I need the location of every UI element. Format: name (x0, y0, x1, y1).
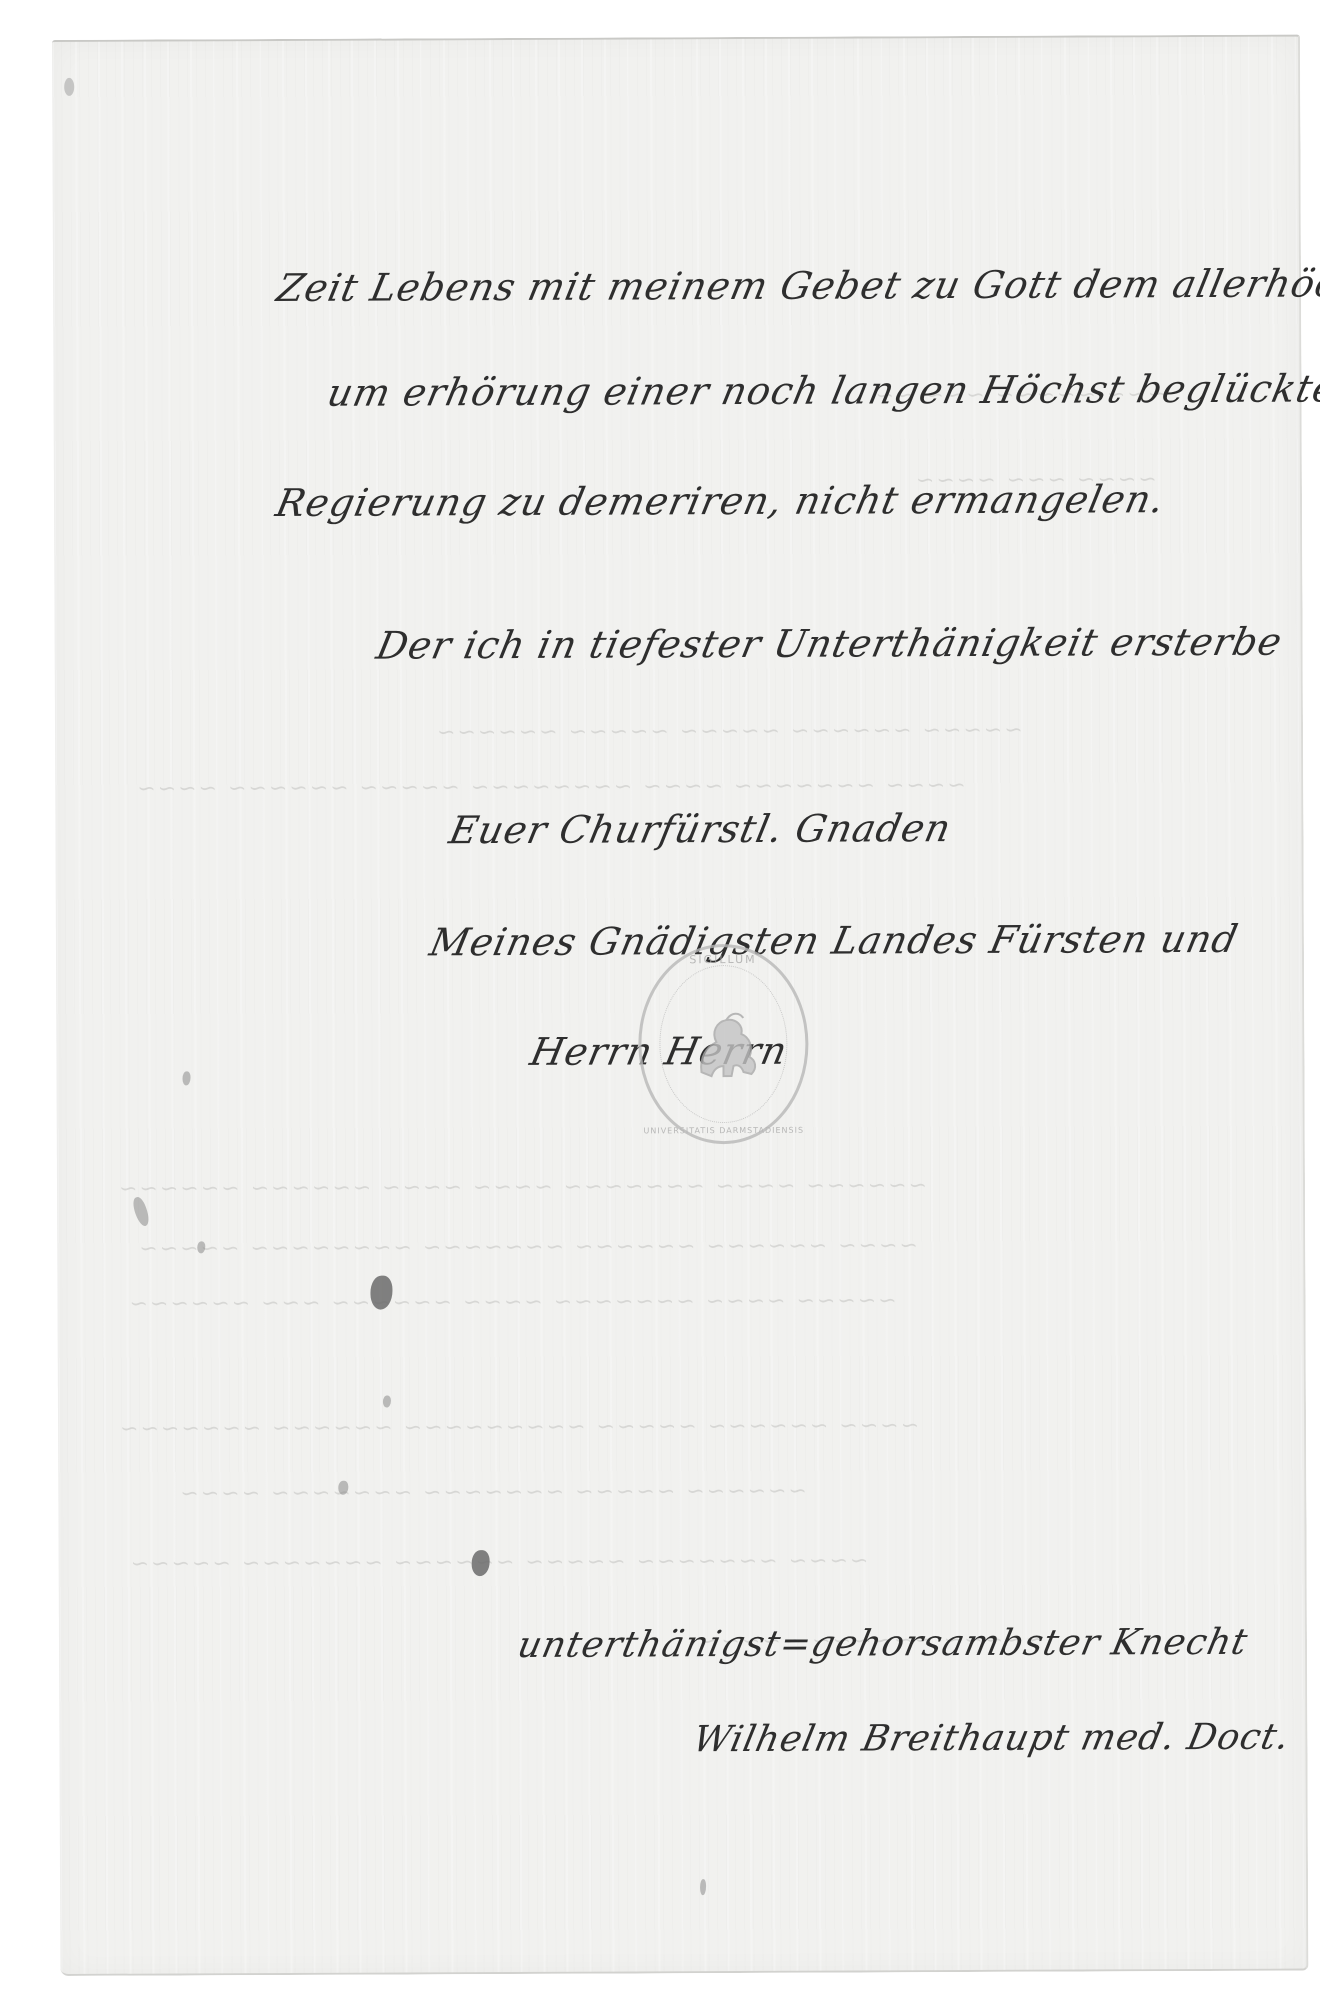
bleed-through-text: ~~~~ ~~~~~~~ ~~~~ ~~~~~~~~ ~~~~~ ~~~~~~ … (135, 773, 966, 802)
ink-blot (383, 1396, 391, 1408)
bleed-through-text: ~~~~ ~~~~~~ ~~~~~ ~~~~~~~~~ ~~~~~~ ~~~~~… (118, 1413, 919, 1441)
seal-text-top: SIGILLUM (641, 953, 805, 967)
letter-line-6: Meines Gnädigsten Landes Fürsten und (426, 917, 1242, 965)
ink-blot (183, 1071, 191, 1085)
bleed-through-text: ~~~~~ ~~~~ ~~~~~~~ ~~~~ ~~~~~~ ~~~ ~~~~~… (127, 1288, 896, 1316)
seal-text-bottom: UNIVERSITATIS DARMSTADIENSIS (642, 1126, 806, 1136)
university-seal-stamp: SIGILLUM UNIVERSITATIS DARMSTADIENSIS (638, 944, 809, 1145)
document-page: ~~~ ~~~~~ ~~~ ~~ ~~~~ ~~~ ~~~~ ~~~~~ ~~~… (52, 35, 1308, 1976)
letter-line-2: um erhörung einer noch langen Höchst beg… (324, 366, 1320, 415)
paper-stain (64, 78, 74, 96)
letter-line-1: Zeit Lebens mit meinem Gebet zu Gott dem… (273, 261, 1320, 310)
signature: Wilhelm Breithaupt med. Doct. (690, 1717, 1294, 1761)
bleed-through-text: ~~~~~~ ~~~~ ~~~~~~~ ~~~~ ~~~~ ~~~~~~ ~~~… (117, 1173, 927, 1202)
lion-emblem-icon (681, 1002, 771, 1092)
bleed-through-text: ~~~~ ~~~~~~ ~~~~~~ ~~~~~~~ ~~~~~~~~ ~~~~… (137, 1233, 918, 1261)
ink-blot (700, 1879, 706, 1895)
bleed-through-text: ~~~~ ~~~~~~~ ~~~~~ ~~~~~~ ~~~~~~~ ~~~~~ (129, 1548, 869, 1576)
bleed-through-text: ~~~~~ ~~~~~~ ~~~~~ ~~~~~ ~~~~~~ (435, 718, 1023, 746)
letter-line-5: Euer Churfürstl. Gnaden (446, 806, 956, 852)
closing-line: unterthänigst=gehorsambster Knecht (514, 1622, 1251, 1666)
bleed-through-text: ~~~~~~ ~~~~~ ~~~~~~~ ~~~~~~~ ~~~~ (178, 1479, 807, 1507)
letter-line-3: Regierung zu demeriren, nicht ermangelen… (272, 477, 1169, 525)
letter-line-4: Der ich in tiefester Unterthänigkeit ers… (373, 620, 1287, 668)
